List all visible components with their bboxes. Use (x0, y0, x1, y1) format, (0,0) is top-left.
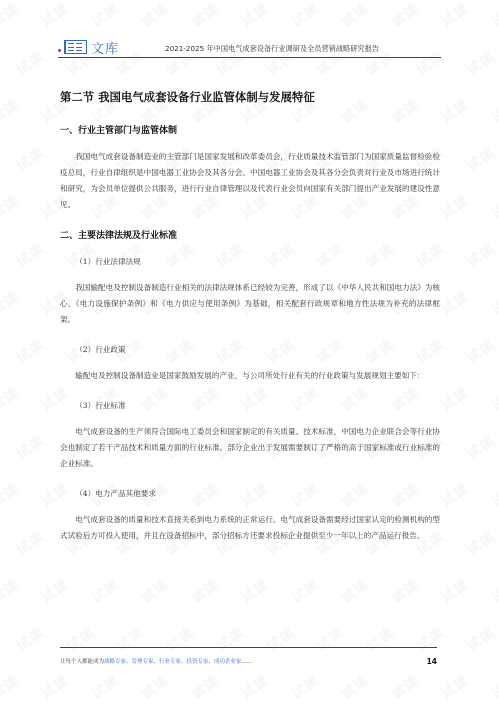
watermark-text: 试读 (362, 622, 398, 656)
watermark-text: 试读 (0, 478, 23, 512)
slogan-prefix: 让每个人都能成为 (60, 659, 104, 665)
watermark-text: 试读 (462, 622, 498, 656)
watermark-text: 试读 (237, 574, 273, 608)
logo: 文库 (58, 38, 119, 56)
watermark-text: 试读 (487, 0, 499, 32)
page-footer: 让每个人都能成为战略专家、管理专家、行业专家、投资专家、成功企业家…… 14 (60, 654, 437, 668)
watermark-text: 试读 (287, 574, 323, 608)
watermark-text: 试读 (0, 0, 23, 32)
report-title: 2021-2025 年中国电气成套设备行业调研及全员营销战略研究报告 (165, 44, 379, 54)
watermark-text: 试读 (12, 526, 48, 560)
watermark-text: 试读 (462, 238, 498, 272)
watermark-text: 试读 (137, 0, 173, 32)
watermark-text: 试读 (387, 0, 423, 32)
watermark-text: 试读 (337, 0, 373, 32)
watermark-text: 试读 (0, 286, 23, 320)
watermark-text: 试读 (462, 430, 498, 464)
watermark-text: 试读 (462, 142, 498, 176)
watermark-text: 试读 (62, 622, 98, 656)
watermark-text: 试读 (212, 622, 248, 656)
watermark-text: 试读 (487, 286, 499, 320)
footer-divider (60, 647, 437, 648)
footer-slogan: 让每个人都能成为战略专家、管理专家、行业专家、投资专家、成功企业家…… (60, 657, 253, 665)
header-divider (58, 57, 441, 58)
subsection-text-4: 电气成套设备的质量和技术直接关系到电力系统的正常运行。电气成套设备需要经过国家认… (60, 512, 440, 544)
watermark-text: 试读 (87, 0, 123, 32)
watermark-text: 试读 (462, 334, 498, 368)
watermark-text: 试读 (462, 46, 498, 80)
logo-mark-icon (64, 40, 87, 54)
watermark-text: 试读 (437, 286, 473, 320)
slogan-highlight: 战略专家、管理专家、行业专家、投资专家、成功企业家 (104, 659, 242, 665)
watermark-text: 试读 (12, 334, 48, 368)
watermark-text: 试读 (12, 622, 48, 656)
logo-dot-icon (58, 49, 61, 52)
section-heading-2: 二、主要法律法规及行业标准 (60, 229, 440, 243)
watermark-text: 试读 (0, 382, 23, 416)
watermark-text: 试读 (87, 670, 123, 704)
watermark-text: 试读 (137, 574, 173, 608)
watermark-text: 试读 (487, 382, 499, 416)
watermark-text: 试读 (12, 142, 48, 176)
section-heading-1: 一、行业主管部门与监管体制 (60, 124, 440, 138)
watermark-text: 试读 (487, 574, 499, 608)
watermark-text: 试读 (337, 574, 373, 608)
subsection-title-4: （4）电力产品其他要求 (60, 487, 440, 501)
watermark-text: 试读 (237, 0, 273, 32)
watermark-text: 试读 (337, 670, 373, 704)
watermark-text: 试读 (437, 574, 473, 608)
watermark-text: 试读 (112, 622, 148, 656)
watermark-text: 试读 (0, 94, 23, 128)
watermark-text: 试读 (12, 238, 48, 272)
watermark-text: 试读 (237, 670, 273, 704)
watermark-text: 试读 (312, 622, 348, 656)
page-number: 14 (427, 657, 437, 666)
watermark-text: 试读 (0, 670, 23, 704)
watermark-text: 试读 (462, 526, 498, 560)
watermark-text: 试读 (187, 574, 223, 608)
watermark-text: 试读 (287, 0, 323, 32)
section-1-paragraph: 我国电气成套设备制造业的主管部门是国家发展和改革委员会，行业质量技术监管部门为国… (60, 149, 440, 213)
subsection-text-2: 输配电及控制设备制造业是国家鼓励发展的产业，与公司所处行业有关的行业政策与发展规… (60, 368, 440, 384)
watermark-text: 试读 (437, 382, 473, 416)
subsection-text-3: 电气成套设备的生产须符合国际电工委员会和国家制定的有关质量、技术标准，中国电力企… (60, 424, 440, 472)
slogan-suffix: …… (242, 659, 253, 665)
watermark-text: 试读 (12, 430, 48, 464)
page-header: 文库 2021-2025 年中国电气成套设备行业调研及全员营销战略研究报告 (58, 38, 441, 58)
logo-text: 文库 (91, 38, 119, 57)
page-content: 第二节 我国电气成套设备行业监管体制与发展特征 一、行业主管部门与监管体制 我国… (60, 90, 440, 544)
watermark-text: 试读 (0, 574, 23, 608)
watermark-text: 试读 (487, 478, 499, 512)
subsection-title-3: （3）行业标准 (60, 399, 440, 413)
watermark-text: 试读 (37, 574, 73, 608)
watermark-text: 试读 (137, 670, 173, 704)
watermark-text: 试读 (37, 0, 73, 32)
watermark-text: 试读 (0, 190, 23, 224)
watermark-text: 试读 (387, 574, 423, 608)
watermark-text: 试读 (412, 622, 448, 656)
subsection-title-2: （2）行业政策 (60, 343, 440, 357)
watermark-text: 试读 (487, 94, 499, 128)
watermark-text: 试读 (487, 190, 499, 224)
watermark-text: 试读 (487, 670, 499, 704)
watermark-text: 试读 (387, 670, 423, 704)
watermark-text: 试读 (187, 670, 223, 704)
watermark-text: 试读 (12, 46, 48, 80)
watermark-text: 试读 (87, 574, 123, 608)
subsection-title-1: （1）行业法律法规 (60, 255, 440, 269)
watermark-text: 试读 (437, 478, 473, 512)
watermark-text: 试读 (437, 94, 473, 128)
watermark-text: 试读 (437, 190, 473, 224)
watermark-text: 试读 (437, 0, 473, 32)
watermark-text: 试读 (187, 0, 223, 32)
subsection-text-1: 我国输配电及控制设备制造行业相关的法律法规体系已经较为完善，形成了以《中华人民共… (60, 280, 440, 328)
watermark-text: 试读 (287, 670, 323, 704)
watermark-text: 试读 (37, 670, 73, 704)
watermark-text: 试读 (162, 622, 198, 656)
watermark-text: 试读 (437, 670, 473, 704)
watermark-text: 试读 (262, 622, 298, 656)
chapter-title: 第二节 我国电气成套设备行业监管体制与发展特征 (60, 90, 440, 106)
